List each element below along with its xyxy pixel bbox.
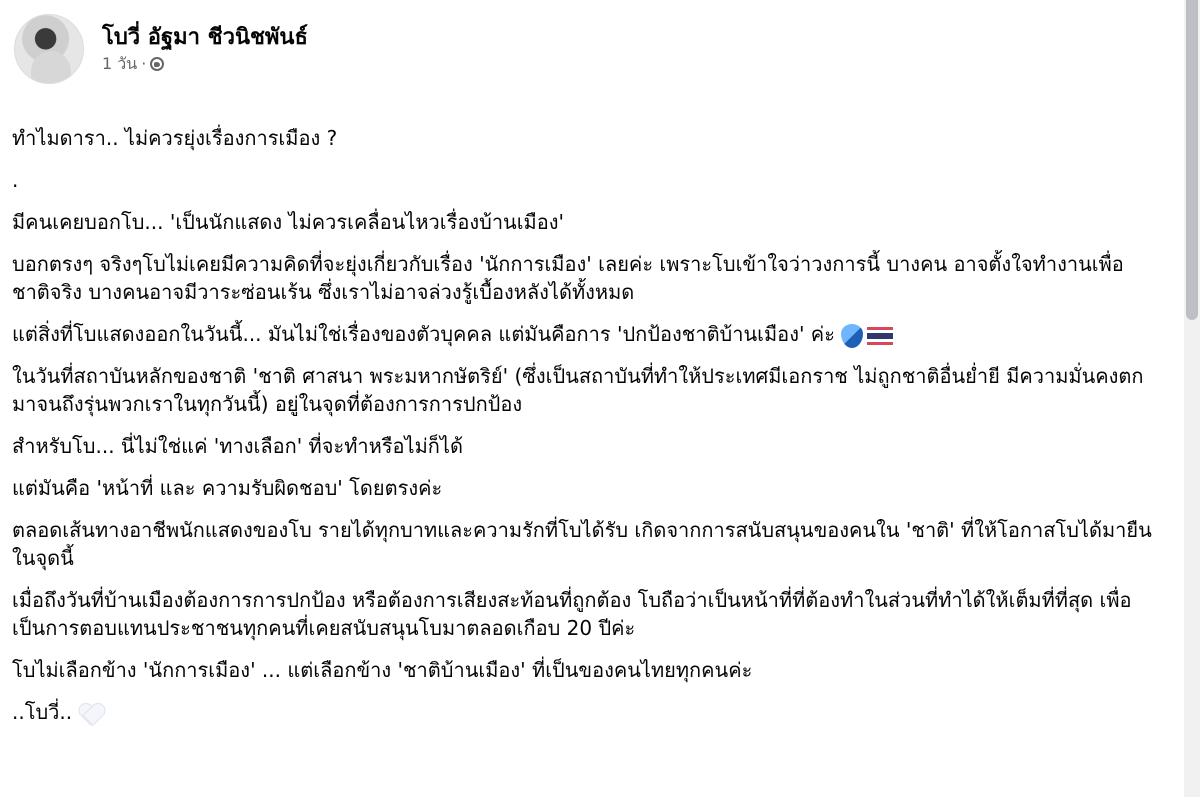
- post-meta: 1 วัน ·: [102, 53, 308, 75]
- signature-text: ..โบวี่..: [12, 700, 72, 724]
- author-avatar[interactable]: [14, 14, 84, 84]
- white-heart-icon: [78, 702, 104, 726]
- post-paragraph: สำหรับโบ... นี่ไม่ใช่แค่ 'ทางเลือก' ที่จ…: [12, 432, 1162, 460]
- post-paragraph: บอกตรงๆ จริงๆโบไม่เคยมีความคิดที่จะยุ่งเ…: [12, 250, 1152, 306]
- post-paragraph: .: [12, 166, 1162, 194]
- post-paragraph: ทำไมดารา.. ไม่ควรยุ่งเรื่องการเมือง ?: [12, 124, 1162, 152]
- post-paragraph: ในวันที่สถาบันหลักของชาติ 'ชาติ ศาสนา พร…: [12, 362, 1162, 418]
- post-paragraph: ตลอดเส้นทางอาชีพนักแสดงของโบ รายได้ทุกบา…: [12, 516, 1152, 572]
- post-paragraph: แต่มันคือ 'หน้าที่ และ ความรับผิดชอบ' โด…: [12, 474, 1162, 502]
- post-paragraph-text: แต่สิ่งที่โบแสดงออกในวันนี้... มันไม่ใช่…: [12, 322, 835, 346]
- post-body: ทำไมดารา.. ไม่ควรยุ่งเรื่องการเมือง ? . …: [12, 124, 1162, 726]
- globe-icon[interactable]: [150, 57, 164, 71]
- post-header: โบวี่ อัฐมา ชีวนิชพันธ์ 1 วัน ·: [14, 14, 308, 84]
- post-paragraph: มีคนเคยบอกโบ... 'เป็นนักแสดง ไม่ควรเคลื่…: [12, 208, 1162, 236]
- post-paragraph: โบไม่เลือกข้าง 'นักการเมือง' ... แต่เลือ…: [12, 656, 1162, 684]
- post-paragraph: แต่สิ่งที่โบแสดงออกในวันนี้... มันไม่ใช่…: [12, 320, 1162, 348]
- scrollbar-thumb[interactable]: [1186, 0, 1198, 320]
- post-timestamp[interactable]: 1 วัน: [102, 53, 137, 75]
- post-signature: ..โบวี่..: [12, 698, 1162, 726]
- meta-separator: ·: [141, 53, 146, 75]
- vertical-scrollbar[interactable]: [1184, 0, 1200, 797]
- shield-icon: [841, 324, 863, 348]
- post-header-text: โบวี่ อัฐมา ชีวนิชพันธ์ 1 วัน ·: [102, 23, 308, 75]
- post-paragraph: เมื่อถึงวันที่บ้านเมืองต้องการการปกป้อง …: [12, 586, 1152, 642]
- author-name[interactable]: โบวี่ อัฐมา ชีวนิชพันธ์: [102, 23, 308, 53]
- thai-flag-icon: [867, 327, 893, 345]
- facebook-post: โบวี่ อัฐมา ชีวนิชพันธ์ 1 วัน · ทำไมดารา…: [0, 0, 1165, 797]
